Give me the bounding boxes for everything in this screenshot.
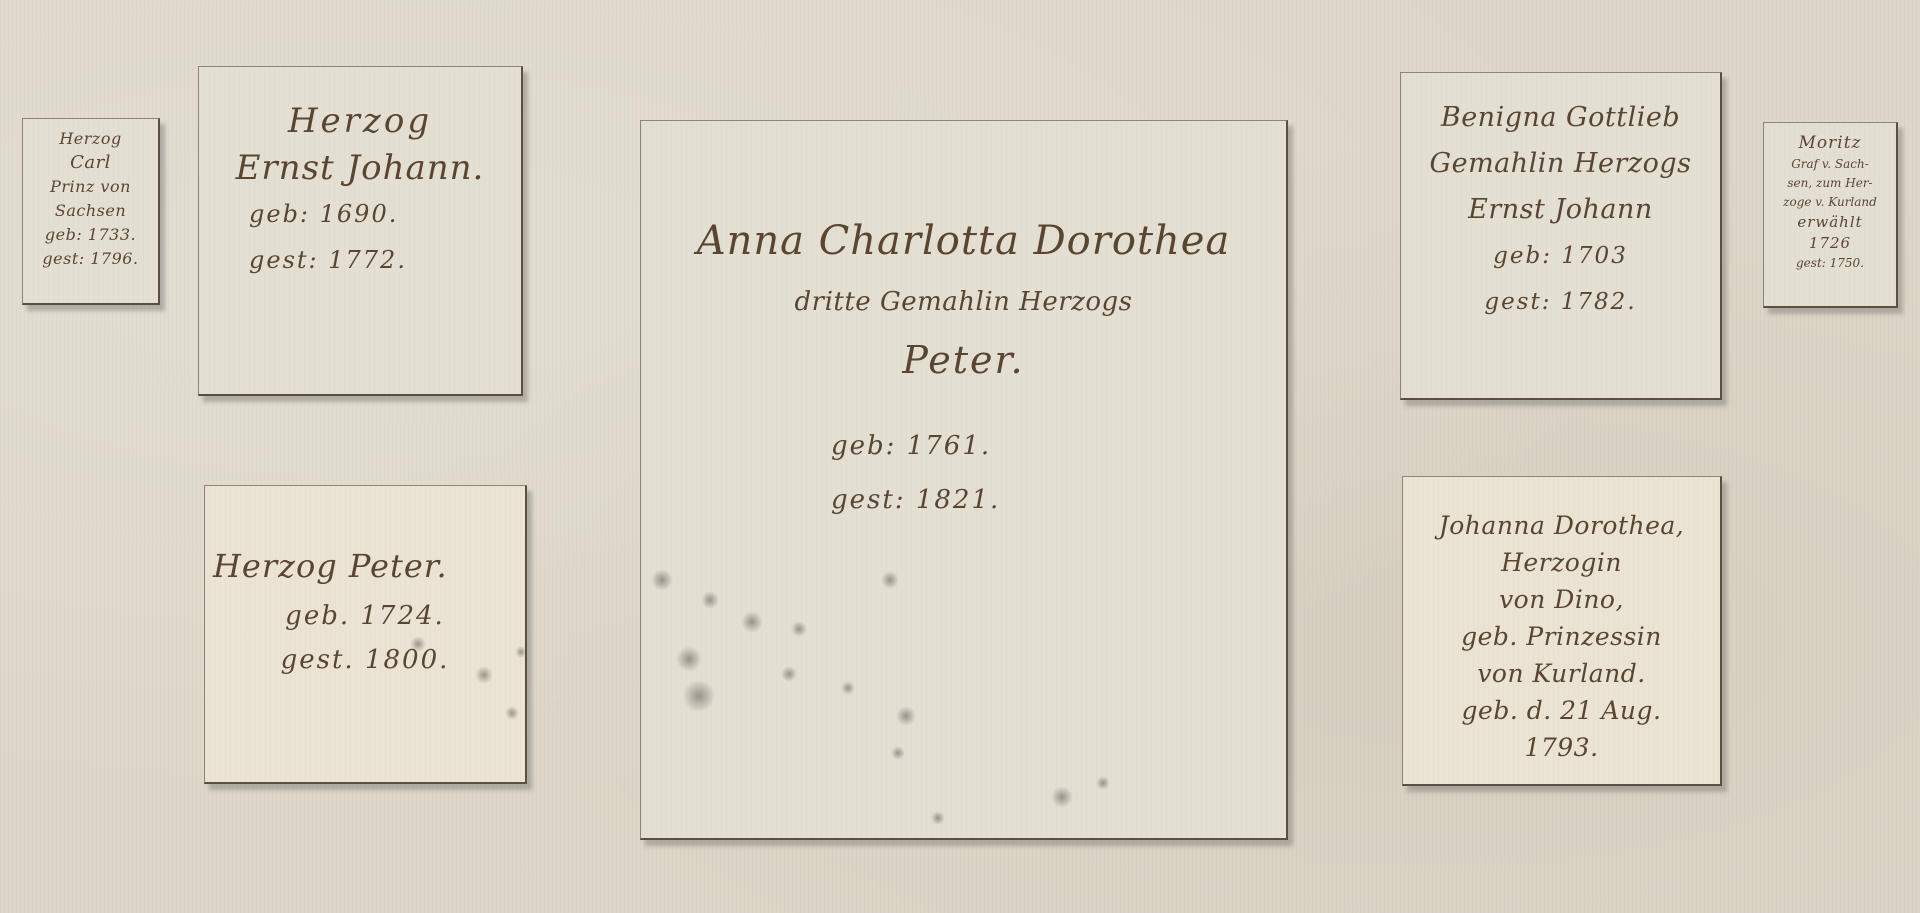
spouse-name: Peter. xyxy=(641,331,1286,389)
card-title: Herzog xyxy=(199,97,521,145)
label-card-ernst-johann: Herzog Ernst Johann. geb: 1690. gest: 17… xyxy=(198,66,523,396)
label-card-anna-charlotta-dorothea: Anna Charlotta Dorothea dritte Gemahlin … xyxy=(640,120,1288,840)
foxing-spot xyxy=(701,591,719,609)
foxing-spot xyxy=(1096,776,1110,790)
card-title: von Dino, xyxy=(1403,581,1720,618)
foxing-spot xyxy=(681,681,717,711)
label-card-carl: Herzog Carl Prinz von Sachsen geb: 1733.… xyxy=(22,118,160,305)
card-line: erwählt xyxy=(1764,212,1896,233)
card-name: Herzog Peter. xyxy=(205,538,525,594)
foxing-spot xyxy=(931,811,945,825)
card-line: sen, zum Her- xyxy=(1764,174,1896,193)
foxing-spot xyxy=(651,569,673,591)
birth-date: geb: 1703 xyxy=(1401,233,1720,279)
foxing-spot xyxy=(676,646,702,672)
card-name: Anna Charlotta Dorothea xyxy=(641,209,1286,273)
foxing-spot xyxy=(791,621,807,637)
card-subtitle: dritte Gemahlin Herzogs xyxy=(641,273,1286,331)
card-line: Sachsen xyxy=(23,199,158,223)
card-name: Moritz xyxy=(1764,131,1896,155)
death-date: gest: 1782. xyxy=(1401,279,1720,325)
label-card-moritz: Moritz Graf v. Sach- sen, zum Her- zoge … xyxy=(1763,122,1898,308)
elected-year: 1726 xyxy=(1764,233,1896,254)
card-line: von Kurland. xyxy=(1403,655,1720,692)
card-subtitle: Gemahlin Herzogs xyxy=(1401,141,1720,187)
spacer xyxy=(641,389,1286,419)
card-name: Carl xyxy=(23,151,158,175)
spouse-name: Ernst Johann xyxy=(1401,187,1720,233)
birth-year: 1793. xyxy=(1403,729,1720,766)
birth-date: geb: 1761. xyxy=(641,419,1286,473)
foxing-spot xyxy=(896,706,916,726)
death-date: gest: 1796. xyxy=(23,247,158,271)
foxing-spot xyxy=(841,681,855,695)
document-sheet: Herzog Carl Prinz von Sachsen geb: 1733.… xyxy=(0,0,1920,913)
birth-date: geb. d. 21 Aug. xyxy=(1403,692,1720,729)
card-line: Herzog xyxy=(23,127,158,151)
death-date: gest: 1772. xyxy=(199,237,521,283)
label-card-peter: Herzog Peter. geb. 1724. gest. 1800. xyxy=(204,485,527,784)
foxing-spot xyxy=(741,611,763,633)
death-date: gest. 1800. xyxy=(205,638,525,682)
foxing-spot xyxy=(1051,786,1073,808)
foxing-spot xyxy=(781,666,797,682)
card-name: Ernst Johann. xyxy=(199,145,521,191)
death-date: gest: 1750. xyxy=(1764,254,1896,273)
card-title: Herzogin xyxy=(1403,544,1720,581)
death-date: gest: 1821. xyxy=(641,473,1286,527)
birth-date: geb: 1690. xyxy=(199,191,521,237)
foxing-spot xyxy=(881,571,899,589)
foxing-spot xyxy=(505,706,519,720)
birth-date: geb: 1733. xyxy=(23,223,158,247)
label-card-johanna-dorothea: Johanna Dorothea, Herzogin von Dino, geb… xyxy=(1402,476,1722,786)
card-line: Graf v. Sach- xyxy=(1764,155,1896,174)
card-name: Benigna Gottlieb xyxy=(1401,95,1720,141)
label-card-benigna-gottlieb: Benigna Gottlieb Gemahlin Herzogs Ernst … xyxy=(1400,72,1722,400)
birth-date: geb. 1724. xyxy=(205,594,525,638)
card-line: geb. Prinzessin xyxy=(1403,618,1720,655)
card-line: Prinz von xyxy=(23,175,158,199)
card-name: Johanna Dorothea, xyxy=(1403,507,1720,544)
card-line: zoge v. Kurland xyxy=(1764,193,1896,212)
foxing-spot xyxy=(891,746,905,760)
